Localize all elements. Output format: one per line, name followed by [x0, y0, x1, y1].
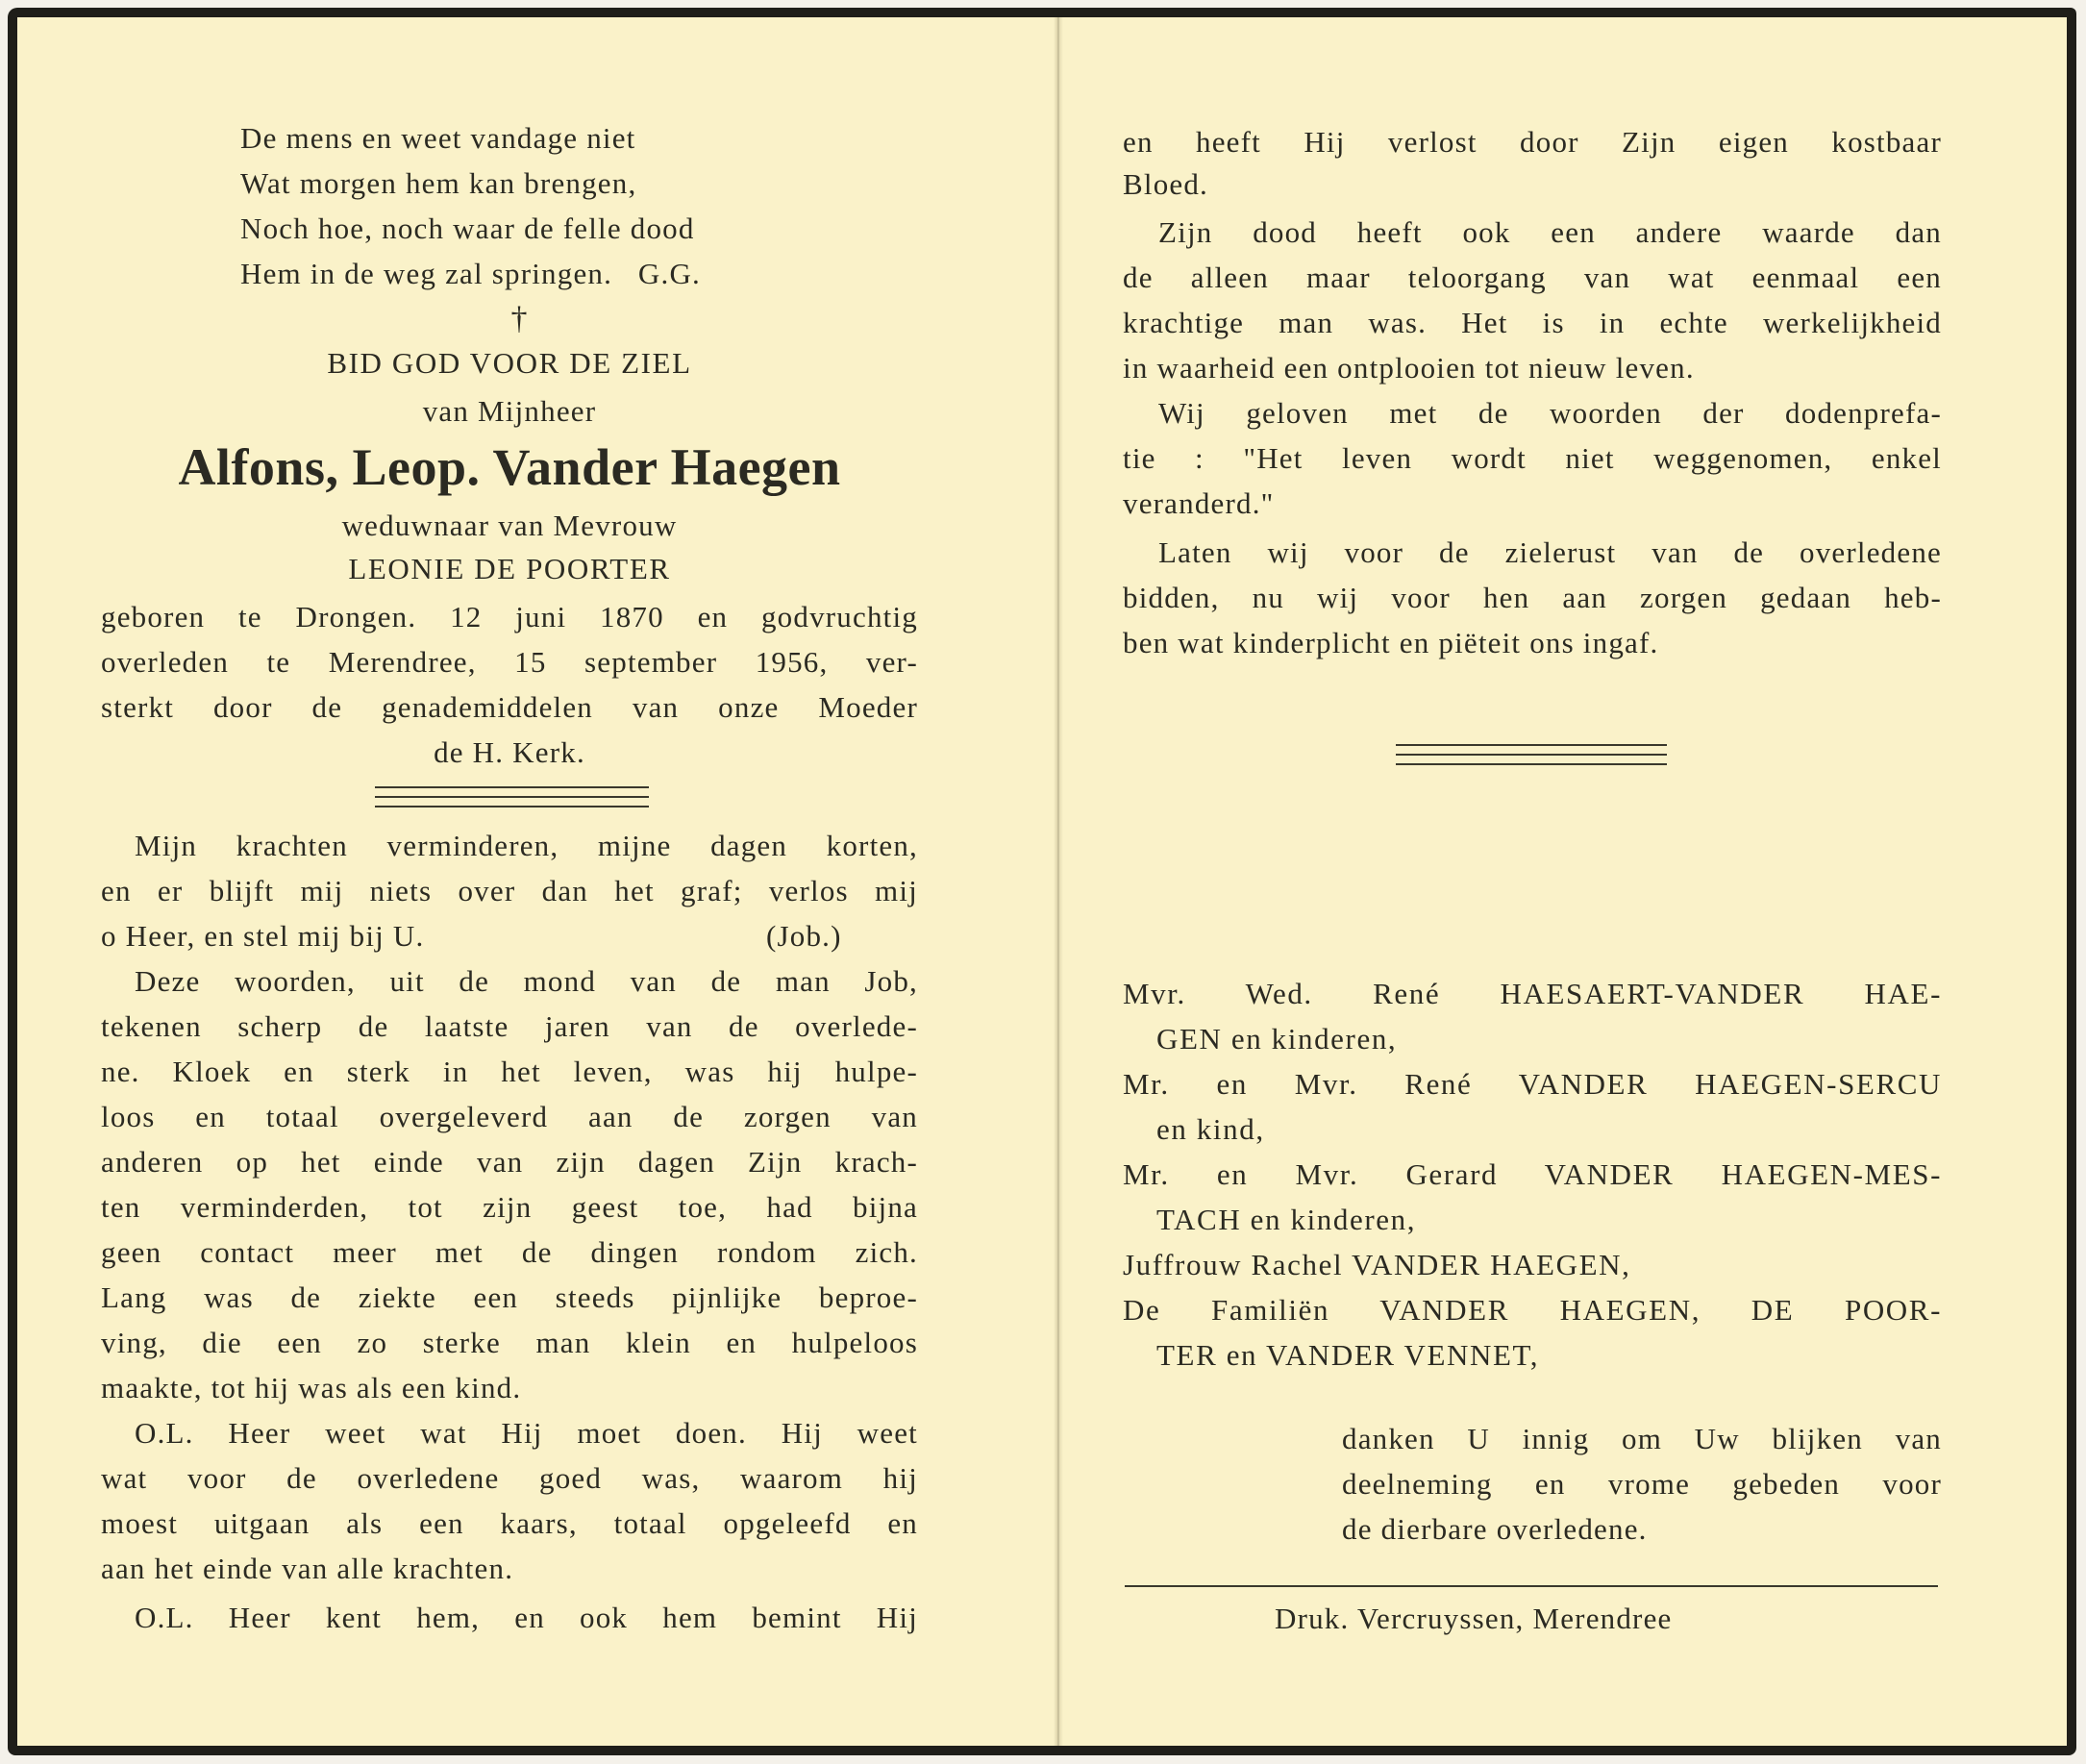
- body-line: veranderd.": [1123, 484, 1275, 523]
- poem-line: Hem in de weg zal springen. G.G.: [240, 255, 701, 293]
- body-line: Lang was de ziekte een steeds pijnlijke …: [101, 1279, 918, 1317]
- body-line: maakte, tot hij was als een kind.: [101, 1369, 521, 1407]
- body-line: geen contact meer met de dingen rondom z…: [101, 1233, 918, 1272]
- body-line: O.L. Heer weet wat Hij moet doen. Hij we…: [135, 1414, 918, 1453]
- bio-line: overleden te Merendree, 15 september 195…: [101, 643, 918, 682]
- family-line: Mvr. Wed. René HAESAERT-VANDER HAE-: [1123, 975, 1942, 1013]
- poem-line: Noch hoe, noch waar de felle dood: [240, 210, 695, 248]
- body-line: tekenen scherp de laatste jaren van de o…: [101, 1007, 918, 1046]
- body-line: in waarheid een ontplooien tot nieuw lev…: [1123, 349, 1695, 387]
- spouse-name: LEONIE DE POORTER: [101, 550, 918, 588]
- printer-rule: [1125, 1585, 1938, 1587]
- triple-divider: [1396, 744, 1667, 773]
- bio-line: de H. Kerk.: [101, 733, 918, 772]
- family-line: GEN en kinderen,: [1156, 1020, 1397, 1058]
- center-fold: [1054, 17, 1063, 1746]
- deceased-name: Alfons, Leop. Vander Haegen: [101, 437, 918, 497]
- cross-icon: †: [481, 300, 558, 338]
- body-line: bidden, nu wij voor hen aan zorgen gedaa…: [1123, 579, 1942, 617]
- thanks-line: danken U innig om Uw blijken van: [1342, 1420, 1942, 1458]
- relation-text: weduwnaar van Mevrouw: [101, 507, 918, 545]
- body-line: Wij geloven met de woorden der dodenpref…: [1158, 394, 1942, 433]
- body-line: ving, die een zo sterke man klein en hul…: [101, 1324, 918, 1362]
- family-line: Mr. en Mvr. Gerard VANDER HAEGEN-MES-: [1123, 1155, 1942, 1194]
- job-citation: (Job.): [766, 917, 842, 956]
- family-line: De Familiën VANDER HAEGEN, DE POOR-: [1123, 1291, 1942, 1329]
- body-line: Laten wij voor de zielerust van de overl…: [1158, 534, 1942, 572]
- body-line: loos en totaal overgeleverd aan de zorge…: [101, 1098, 918, 1136]
- poem-line: Wat morgen hem kan brengen,: [240, 164, 636, 203]
- body-line: Zijn dood heeft ook een andere waarde da…: [1158, 213, 1942, 252]
- body-line: O.L. Heer kent hem, en ook hem bemint Hi…: [135, 1599, 918, 1637]
- body-line: de alleen maar teloorgang van wat eenmaa…: [1123, 259, 1942, 297]
- body-line: Deze woorden, uit de mond van de man Job…: [135, 962, 918, 1001]
- family-line: Mr. en Mvr. René VANDER HAEGEN-SERCU: [1123, 1065, 1942, 1104]
- triple-divider: [375, 786, 649, 815]
- body-line: ne. Kloek en sterk in het leven, was hij…: [101, 1053, 918, 1091]
- thanks-line: deelneming en vrome gebeden voor: [1342, 1465, 1942, 1503]
- thanks-line: de dierbare overledene.: [1342, 1510, 1648, 1549]
- body-line: Mijn krachten verminderen, mijne dagen k…: [135, 827, 918, 865]
- body-line: en heeft Hij verlost door Zijn eigen kos…: [1123, 123, 1942, 161]
- body-line: en er blijft mij niets over dan het graf…: [101, 872, 918, 910]
- body-line: krachtige man was. Het is in echte werke…: [1123, 304, 1942, 342]
- family-line: TACH en kinderen,: [1156, 1201, 1416, 1239]
- family-line: en kind,: [1156, 1110, 1265, 1149]
- bio-line: sterkt door de genademiddelen van onze M…: [101, 688, 918, 727]
- family-line: Juffrouw Rachel VANDER HAEGEN,: [1123, 1246, 1630, 1284]
- family-line: TER en VANDER VENNET,: [1156, 1336, 1539, 1375]
- printer-credit: Druk. Vercruyssen, Merendree: [1275, 1600, 1673, 1638]
- poem-line: De mens en weet vandage niet: [240, 119, 635, 158]
- body-line: tie : "Het leven wordt niet weggenomen, …: [1123, 439, 1942, 478]
- body-line: moest uitgaan als een kaars, totaal opge…: [101, 1504, 918, 1543]
- body-line: o Heer, en stel mij bij U.: [101, 917, 424, 956]
- prayer-heading: BID GOD VOOR DE ZIEL: [101, 344, 918, 383]
- body-line: anderen op het einde van zijn dagen Zijn…: [101, 1143, 918, 1181]
- body-line: aan het einde van alle krachten.: [101, 1550, 513, 1588]
- body-line: ben wat kinderplicht en piëteit ons inga…: [1123, 624, 1658, 662]
- body-line: ten verminderden, tot zijn geest toe, ha…: [101, 1188, 918, 1227]
- body-line: Bloed.: [1123, 165, 1208, 204]
- body-line: wat voor de overledene goed was, waarom …: [101, 1459, 918, 1498]
- bio-line: geboren te Drongen. 12 juni 1870 en godv…: [101, 598, 918, 636]
- title-prefix: van Mijnheer: [101, 392, 918, 431]
